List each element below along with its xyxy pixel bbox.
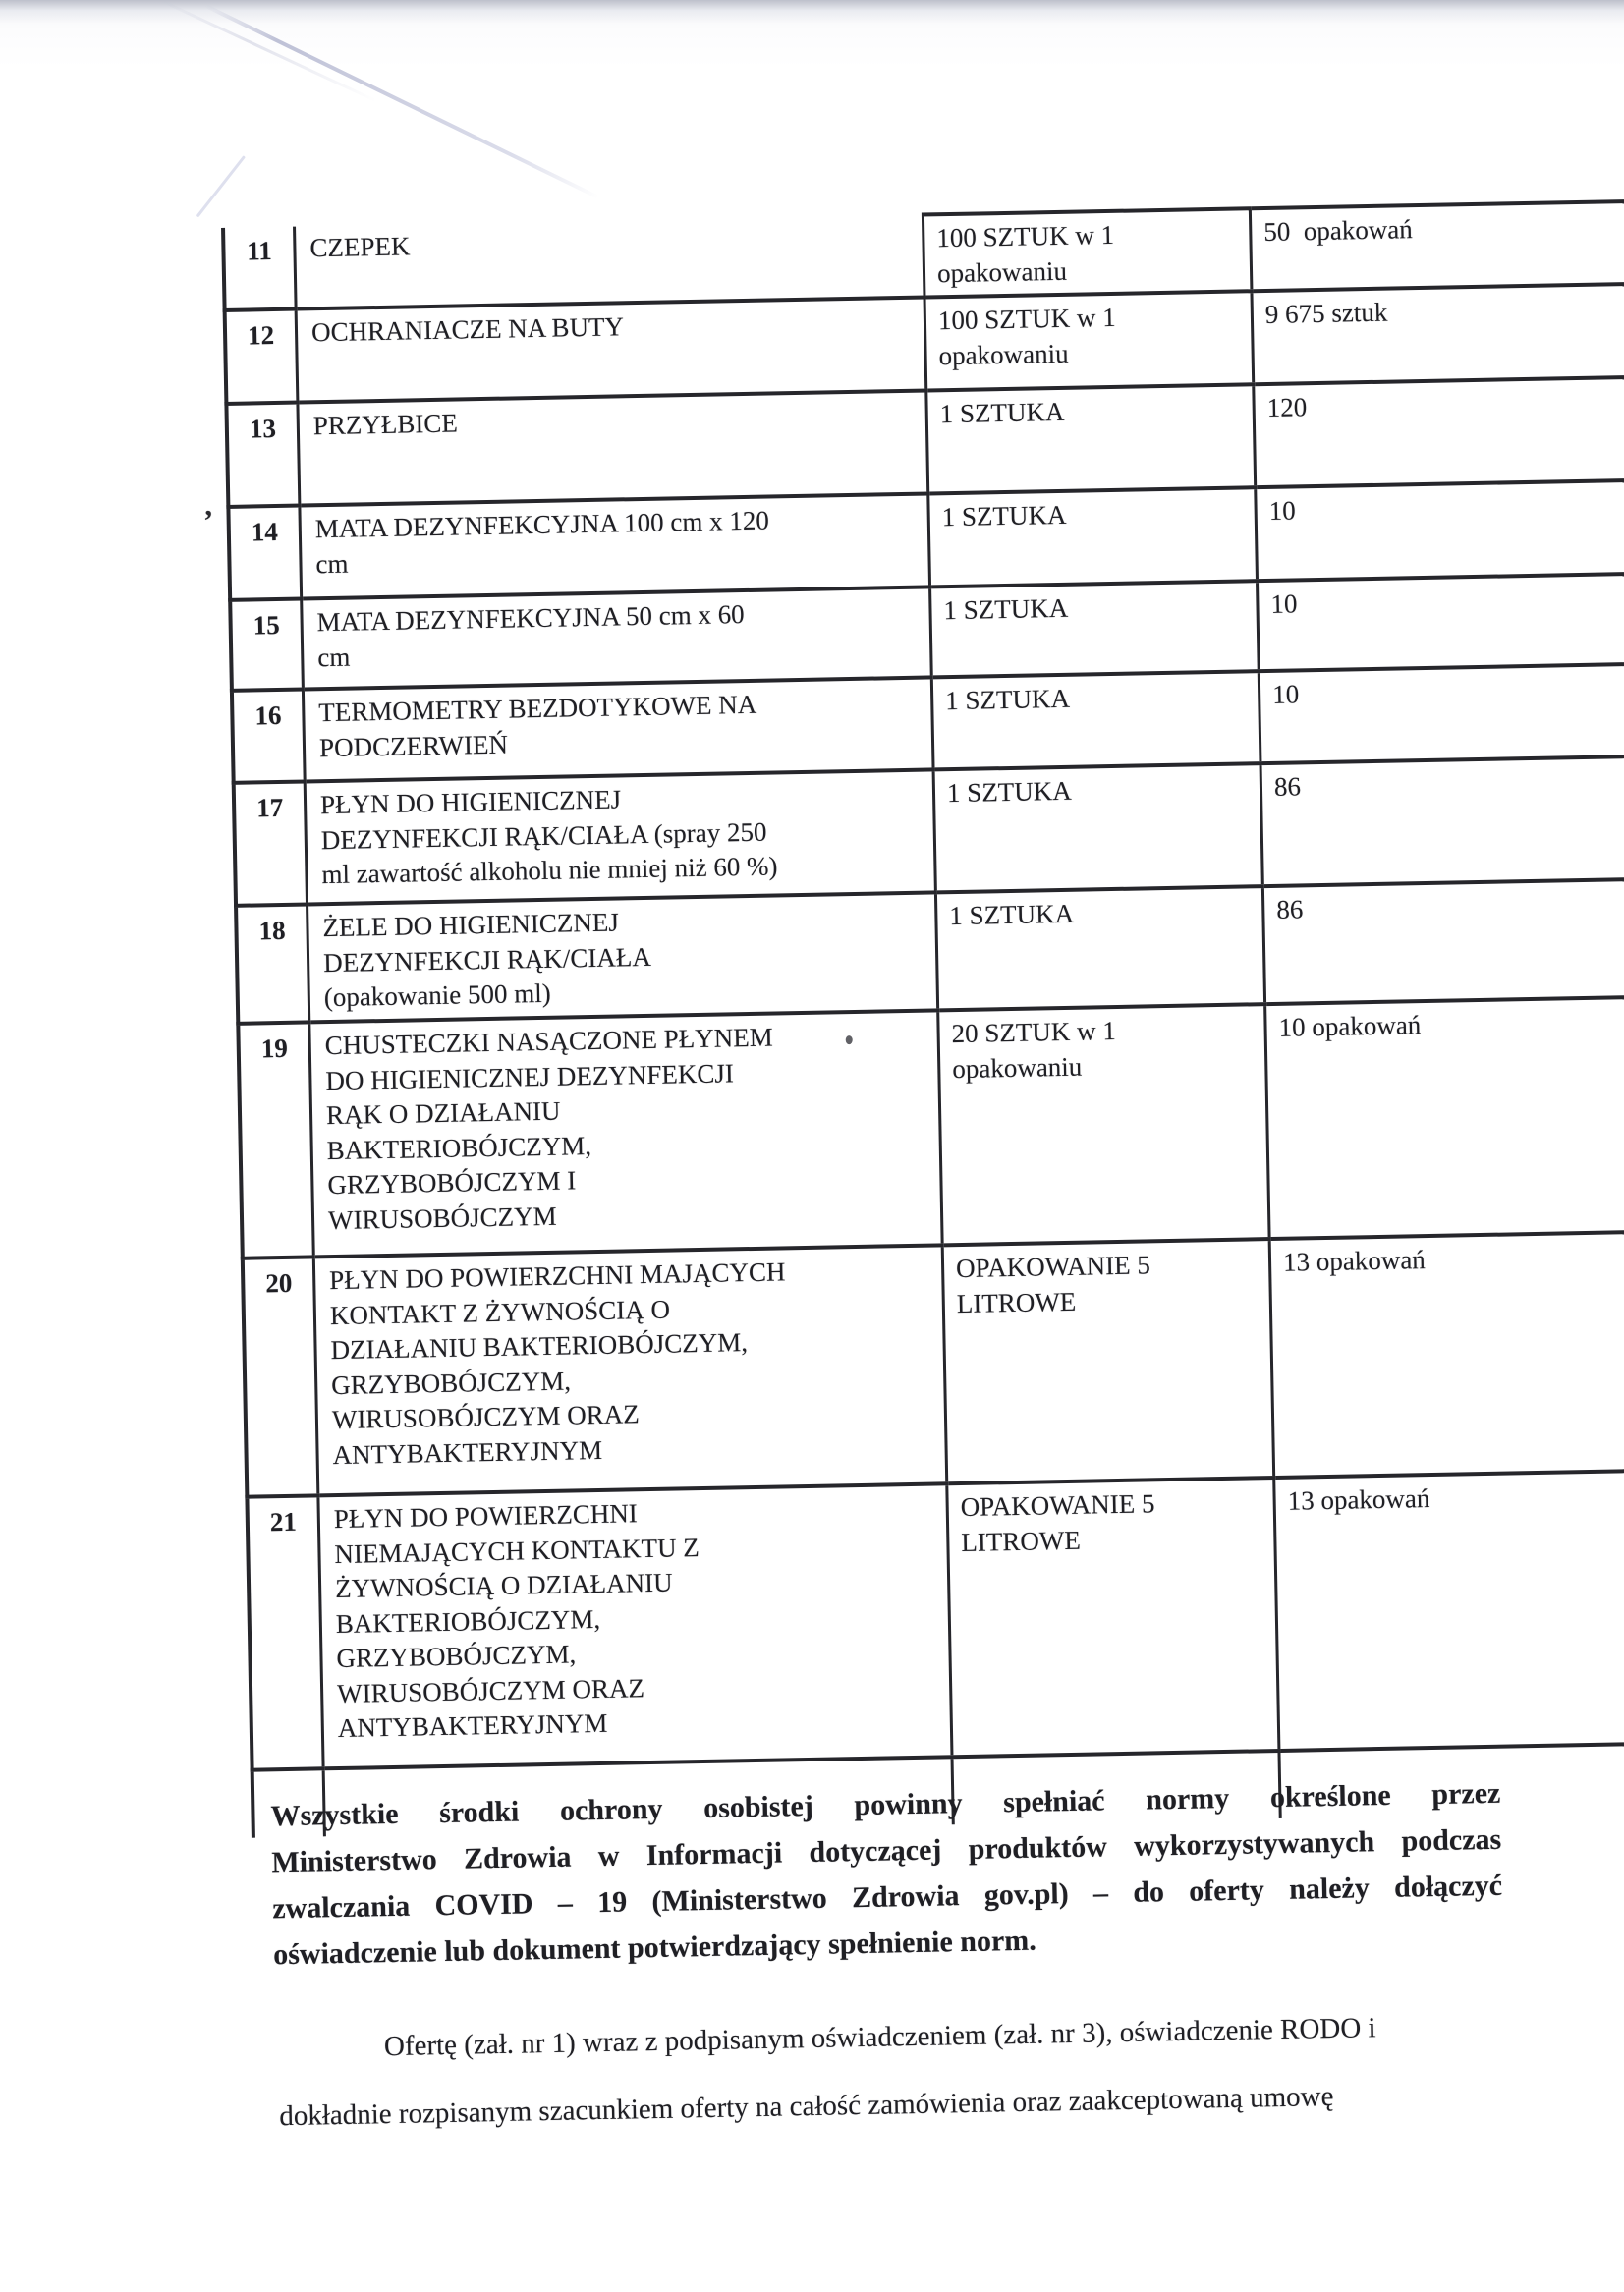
item-quantity-cell: 10 xyxy=(1257,572,1624,671)
item-description-cell: TERMOMETRY BEZDOTYKOWE NA PODCZERWIEŃ xyxy=(303,677,933,781)
item-number-cell: 17 xyxy=(234,781,308,905)
item-number: 12 xyxy=(229,318,294,355)
item-number-cell: 21 xyxy=(247,1495,323,1769)
item-description-cell: PŁYN DO HIGIENICZNEJ DEZYNFEKCJI RĄK/CIA… xyxy=(305,769,935,904)
item-description: OCHRANIACZE NA BUTY xyxy=(311,305,917,351)
items-table-body: 11 CZEPEK 100 SZTUK w 1 opakowaniu 50 op… xyxy=(223,199,1624,1770)
item-package-size: 1 SZTUKA xyxy=(947,770,1253,811)
item-package-cell: 1 SZTUKA xyxy=(933,763,1262,892)
item-package-cell: 1 SZTUKA xyxy=(931,671,1260,769)
item-quantity: 10 opakowań xyxy=(1278,1002,1624,1045)
item-package-cell: 100 SZTUK w 1 opakowaniu xyxy=(924,291,1254,390)
item-quantity: 10 xyxy=(1272,669,1624,712)
ink-speck-comma: , xyxy=(204,489,212,523)
ink-speck-dot xyxy=(846,1035,853,1044)
item-description: PŁYN DO POWIERZCHNI NIEMAJĄCYCH KONTAKTU… xyxy=(334,1490,943,1746)
item-quantity-cell: 50 opakowań xyxy=(1250,199,1624,291)
item-description: ŻELE DO HIGIENICZNEJ DEZYNFEKCJI RĄK/CIA… xyxy=(322,900,928,1016)
item-package-size: 1 SZTUKA xyxy=(941,494,1247,534)
table-row: 20 PŁYN DO POWIERZCHNI MAJĄCYCH KONTAKT … xyxy=(243,1230,1624,1497)
item-number: 11 xyxy=(227,234,292,270)
item-package-size: 1 SZTUKA xyxy=(943,587,1249,628)
item-number-cell: 15 xyxy=(230,599,303,691)
item-quantity: 13 opakowań xyxy=(1283,1237,1624,1280)
item-package-cell: 100 SZTUK w 1 opakowaniu xyxy=(923,208,1252,297)
item-description: TERMOMETRY BEZDOTYKOWE NA PODCZERWIEŃ xyxy=(318,685,924,766)
item-quantity-cell: 86 xyxy=(1262,877,1624,1004)
table-row: 21 PŁYN DO POWIERZCHNI NIEMAJĄCYCH KONTA… xyxy=(247,1469,1624,1770)
item-description: CZEPEK xyxy=(309,220,915,266)
table-row: 19 CHUSTECZKI NASĄCZONE PŁYNEM DO HIGIEN… xyxy=(238,995,1624,1258)
item-number: 14 xyxy=(233,515,298,551)
item-description-cell: PŁYN DO POWIERZCHNI NIEMAJĄCYCH KONTAKTU… xyxy=(318,1483,952,1768)
item-number: 13 xyxy=(231,412,296,448)
item-quantity: 86 xyxy=(1274,761,1624,805)
item-package-cell: 20 SZTUK w 1 opakowaniu xyxy=(938,1004,1269,1245)
item-package-size: 100 SZTUK w 1 opakowaniu xyxy=(936,215,1242,291)
item-package-cell: 1 SZTUKA xyxy=(926,384,1256,493)
item-quantity-cell: 13 opakowań xyxy=(1269,1230,1624,1478)
item-number-cell: 14 xyxy=(228,506,301,600)
item-number-cell: 19 xyxy=(238,1022,313,1258)
item-number: 15 xyxy=(234,608,299,644)
item-quantity-cell: 10 opakowań xyxy=(1265,995,1624,1239)
item-description-cell: ŻELE DO HIGIENICZNEJ DEZYNFEKCJI RĄK/CIA… xyxy=(308,892,938,1022)
item-description-cell: OCHRANIACZE NA BUTY xyxy=(296,298,926,403)
item-description: PŁYN DO POWIERZCHNI MAJĄCYCH KONTAKT Z Ż… xyxy=(329,1253,937,1474)
item-number: 16 xyxy=(236,699,301,735)
item-number-cell: 20 xyxy=(243,1257,318,1496)
supplies-table: 11 CZEPEK 100 SZTUK w 1 opakowaniu 50 op… xyxy=(221,197,1624,1838)
item-description: PŁYN DO HIGIENICZNEJ DEZYNFEKCJI RĄK/CIA… xyxy=(320,777,926,893)
item-description: MATA DEZYNFEKCYJNA 100 cm x 120 cm xyxy=(315,501,921,583)
item-description-cell: MATA DEZYNFEKCYJNA 50 cm x 60 cm xyxy=(302,587,932,689)
item-quantity-cell: 120 xyxy=(1254,375,1624,487)
item-number: 20 xyxy=(247,1265,311,1302)
item-number-cell: 12 xyxy=(225,309,298,404)
item-package-cell: OPAKOWANIE 5 LITROWE xyxy=(947,1478,1279,1757)
item-description-cell: MATA DEZYNFEKCYJNA 100 cm x 120 cm xyxy=(300,493,930,598)
supplies-table-zone: 11 CZEPEK 100 SZTUK w 1 opakowaniu 50 op… xyxy=(221,197,1624,1838)
item-package-size: 20 SZTUK w 1 opakowaniu xyxy=(951,1011,1257,1087)
item-quantity-cell: 86 xyxy=(1260,755,1624,886)
item-package-size: 1 SZTUKA xyxy=(949,893,1255,933)
item-package-cell: 1 SZTUKA xyxy=(930,581,1260,677)
offer-paragraph: Ofertę (zał. nr 1) wraz z podpisanym ośw… xyxy=(277,1991,1546,2151)
item-quantity-cell: 13 opakowań xyxy=(1274,1469,1624,1751)
item-number: 19 xyxy=(242,1032,307,1068)
item-description-cell: PRZYŁBICE xyxy=(298,391,928,506)
item-quantity: 50 opakowań xyxy=(1263,206,1624,250)
item-number: 17 xyxy=(238,791,303,827)
document-content: 11 CZEPEK 100 SZTUK w 1 opakowaniu 50 op… xyxy=(0,0,1624,2292)
item-quantity: 13 opakowań xyxy=(1287,1476,1624,1519)
item-package-size: 1 SZTUKA xyxy=(939,391,1245,431)
item-package-size: 1 SZTUKA xyxy=(945,678,1251,718)
item-package-size: OPAKOWANIE 5 LITROWE xyxy=(960,1484,1265,1560)
item-number-cell: 18 xyxy=(236,904,309,1023)
item-quantity-cell: 10 xyxy=(1256,478,1624,581)
item-package-cell: 1 SZTUKA xyxy=(928,487,1258,587)
item-description-cell: CZEPEK xyxy=(295,215,924,309)
item-quantity: 10 xyxy=(1270,579,1624,622)
item-quantity: 10 xyxy=(1268,485,1624,529)
item-description: PRZYŁBICE xyxy=(313,398,919,444)
item-package-cell: OPAKOWANIE 5 LITROWE xyxy=(942,1239,1274,1483)
item-package-size: OPAKOWANIE 5 LITROWE xyxy=(956,1246,1261,1321)
item-quantity: 86 xyxy=(1276,884,1624,927)
item-description: CHUSTECZKI NASĄCZONE PŁYNEM DO HIGIENICZ… xyxy=(324,1018,932,1239)
item-quantity-cell: 9 675 sztuk xyxy=(1252,282,1624,384)
item-description: MATA DEZYNFEKCYJNA 50 cm x 60 cm xyxy=(316,594,922,676)
item-number-cell: 13 xyxy=(226,403,299,507)
norms-requirement-note: Wszystkie środki ochrony osobistej powin… xyxy=(270,1770,1503,1979)
item-quantity-cell: 10 xyxy=(1259,662,1624,763)
item-number-cell: 16 xyxy=(232,690,305,783)
item-quantity: 120 xyxy=(1266,382,1624,425)
item-number: 21 xyxy=(252,1504,316,1540)
item-description-cell: CHUSTECZKI NASĄCZONE PŁYNEM DO HIGIENICZ… xyxy=(309,1010,942,1257)
item-description-cell: PŁYN DO POWIERZCHNI MAJĄCYCH KONTAKT Z Ż… xyxy=(313,1245,946,1495)
item-package-size: 100 SZTUK w 1 opakowaniu xyxy=(938,298,1244,373)
item-package-cell: 1 SZTUKA xyxy=(935,886,1264,1010)
scanned-document-page: 11 CZEPEK 100 SZTUK w 1 opakowaniu 50 op… xyxy=(0,0,1624,2292)
item-number: 18 xyxy=(240,914,305,950)
item-quantity: 9 675 sztuk xyxy=(1265,289,1624,332)
item-number-cell: 11 xyxy=(223,227,296,310)
